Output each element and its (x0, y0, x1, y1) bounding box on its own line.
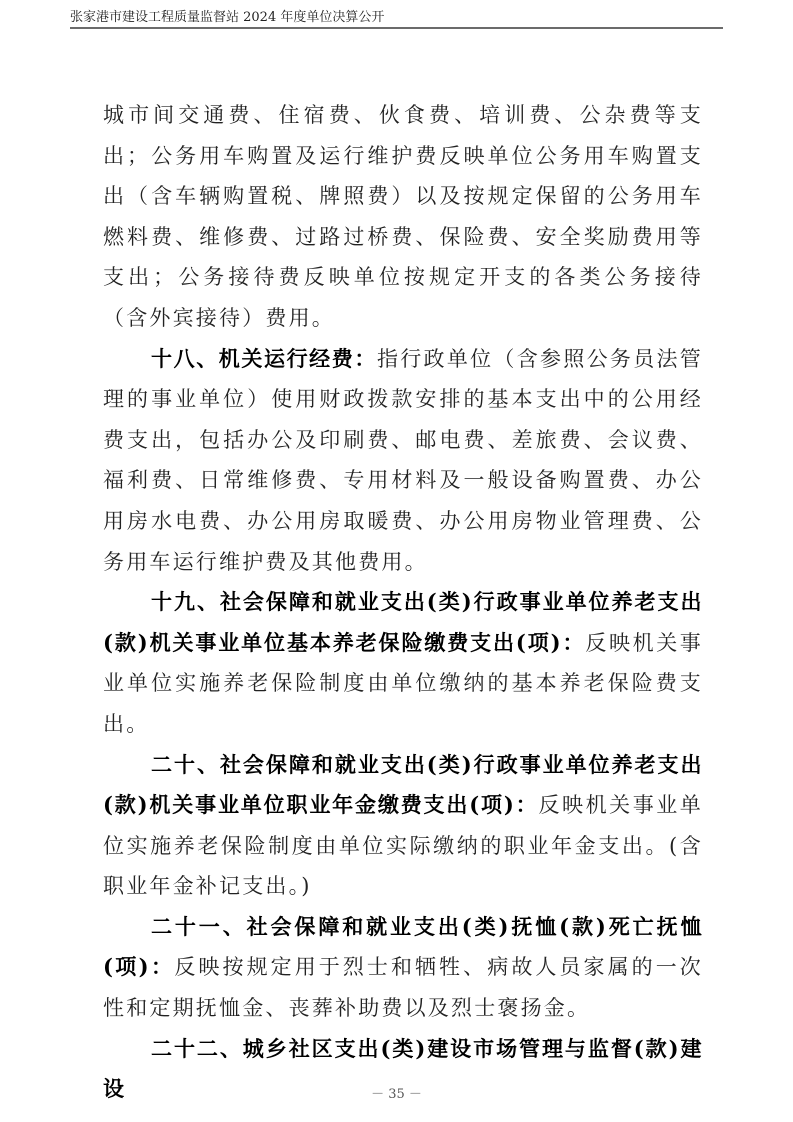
paragraph-item-19: 十九、社会保障和就业支出(类)行政事业单位养老支出(款)机关事业单位基本养老保险… (103, 582, 703, 744)
paragraph-item-20: 二十、社会保障和就业支出(类)行政事业单位养老支出(款)机关事业单位职业年金缴费… (103, 745, 703, 907)
paragraph-text: 城市间交通费、住宿费、伙食费、培训费、公杂费等支出；公务用车购置及运行维护费反映… (103, 103, 703, 330)
paragraph-text: 指行政单位（含参照公务员法管理的事业单位）使用财政拨款安排的基本支出中的公用经费… (103, 347, 703, 574)
page-number: － 35 － (0, 1083, 793, 1102)
header-divider (70, 27, 723, 29)
paragraph-text: 反映按规定用于烈士和牺牲、病故人员家属的一次性和定期抚恤金、丧葬补助费以及烈士褒… (103, 955, 703, 1020)
page-header: 张家港市建设工程质量监督站 2024 年度单位决算公开 (70, 10, 723, 26)
paragraph-continuation: 城市间交通费、住宿费、伙食费、培训费、公杂费等支出；公务用车购置及运行维护费反映… (103, 95, 703, 339)
paragraph-item-18: 十八、机关运行经费：指行政单位（含参照公务员法管理的事业单位）使用财政拨款安排的… (103, 339, 703, 583)
header-title: 张家港市建设工程质量监督站 2024 年度单位决算公开 (70, 10, 723, 26)
document-body: 城市间交通费、住宿费、伙食费、培训费、公杂费等支出；公务用车购置及运行维护费反映… (103, 95, 703, 1110)
paragraph-heading: 十八、机关运行经费： (151, 346, 377, 371)
paragraph-item-21: 二十一、社会保障和就业支出(类)抚恤(款)死亡抚恤(项)：反映按规定用于烈士和牺… (103, 907, 703, 1029)
